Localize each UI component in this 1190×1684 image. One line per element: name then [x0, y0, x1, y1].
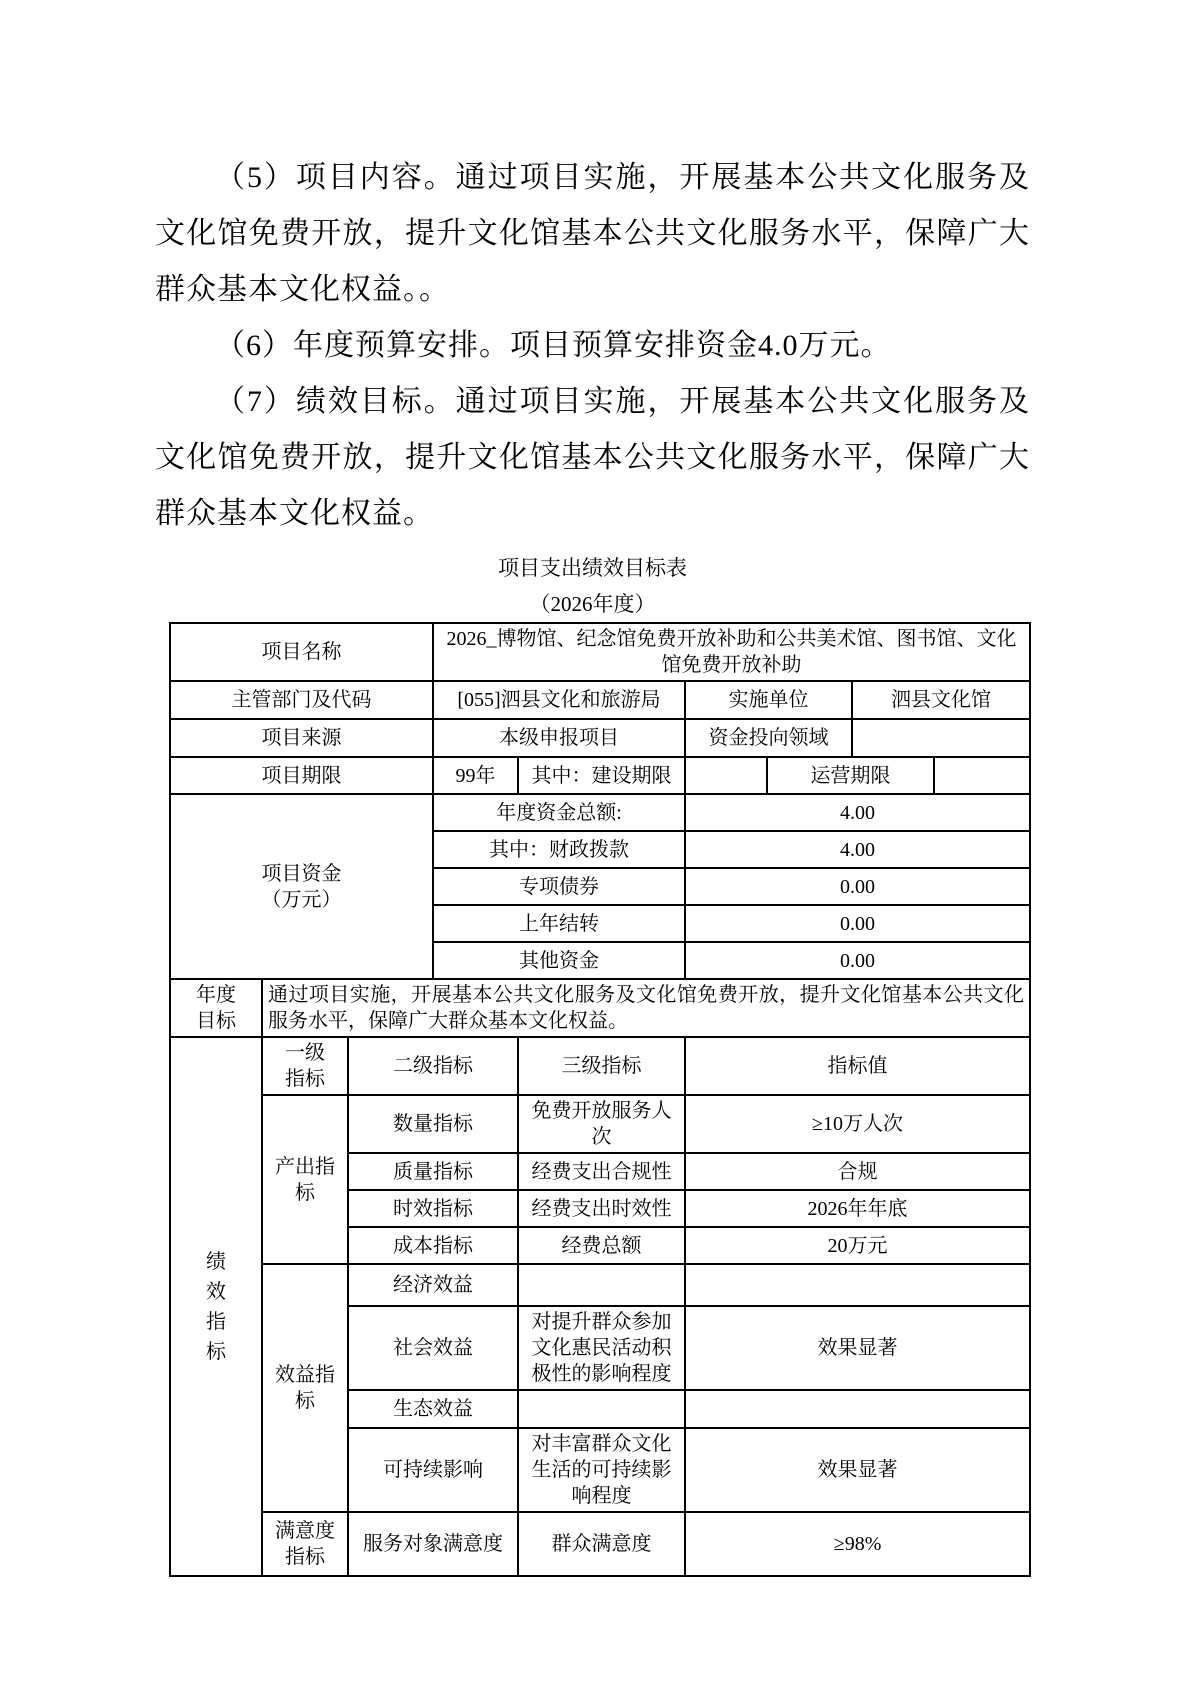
cell-l2: 服务对象满意度: [348, 1512, 518, 1576]
cell-oper-period-value: [934, 757, 1030, 794]
table-subtitle: （2026年度）: [155, 591, 1030, 617]
cell-annual-goal-label: 年度目标: [170, 979, 262, 1037]
cell-value: 2026年年底: [685, 1190, 1030, 1227]
paragraph-6-annual-budget: （6）年度预算安排。项目预算安排资金4.0万元。: [155, 318, 1030, 374]
perf-label-text: 绩效指标: [205, 1247, 227, 1367]
cell-value: 效果显著: [685, 1428, 1030, 1512]
cell-funds-name: 其他资金: [433, 942, 685, 979]
cell-source-label: 项目来源: [170, 719, 433, 757]
cell-fund-area-value: [852, 719, 1030, 757]
cell-value: [685, 1264, 1030, 1306]
cell-dept-label: 主管部门及代码: [170, 681, 433, 719]
cell-annual-goal-text: 通过项目实施，开展基本公共文化服务及文化馆免费开放，提升文化馆基本公共文化服务水…: [262, 979, 1030, 1037]
cell-l2: 时效指标: [348, 1190, 518, 1227]
row-period: 项目期限 99年 其中：建设期限 运营期限: [170, 757, 1030, 794]
row-department: 主管部门及代码 [055]泗县文化和旅游局 实施单位 泗县文化馆: [170, 681, 1030, 719]
cell-fund-area-label: 资金投向领域: [685, 719, 852, 757]
cell-l2: 可持续影响: [348, 1428, 518, 1512]
cell-l2: 数量指标: [348, 1095, 518, 1153]
row-annual-goal: 年度目标 通过项目实施，开展基本公共文化服务及文化馆免费开放，提升文化馆基本公共…: [170, 979, 1030, 1037]
cell-l3: 经费总额: [518, 1227, 685, 1264]
cell-perf-label: 绩效指标: [170, 1037, 262, 1576]
cell-impl-unit-label: 实施单位: [685, 681, 852, 719]
header-l1-text: 一级指标: [284, 1040, 327, 1092]
cell-value: 20万元: [685, 1227, 1030, 1264]
cell-funds-name: 专项债券: [433, 868, 685, 905]
cell-header-l3: 三级指标: [518, 1037, 685, 1095]
table-title: 项目支出绩效目标表: [155, 555, 1030, 581]
cell-l3: 经费支出合规性: [518, 1153, 685, 1190]
row-funds-total: 项目资金 （万元） 年度资金总额: 4.00: [170, 794, 1030, 831]
cell-funds-name: 年度资金总额:: [433, 794, 685, 831]
cell-l2: 成本指标: [348, 1227, 518, 1264]
performance-target-table: 项目名称 2026_博物馆、纪念馆免费开放补助和公共美术馆、图书馆、文化馆免费开…: [169, 622, 1031, 1577]
indicator-row: 满意度指标 服务对象满意度 群众满意度 ≥98%: [170, 1512, 1030, 1576]
cell-oper-period-label: 运营期限: [767, 757, 934, 794]
document-page: （5）项目内容。通过项目实施，开展基本公共文化服务及文化馆免费开放，提升文化馆基…: [0, 0, 1190, 1684]
cell-group-benefit: 效益指标: [262, 1264, 348, 1512]
cell-group-output: 产出指标: [262, 1095, 348, 1264]
cell-build-period-label: 其中：建设期限: [518, 757, 685, 794]
cell-funds-value: 0.00: [685, 868, 1030, 905]
cell-l3: 经费支出时效性: [518, 1190, 685, 1227]
cell-l2: 生态效益: [348, 1390, 518, 1428]
cell-value: 合规: [685, 1153, 1030, 1190]
cell-group-satisfaction: 满意度指标: [262, 1512, 348, 1576]
cell-funds-value: 0.00: [685, 942, 1030, 979]
cell-build-period-value: [685, 757, 767, 794]
cell-l3: 群众满意度: [518, 1512, 685, 1576]
cell-funds-value: 0.00: [685, 905, 1030, 942]
cell-period-value: 99年: [433, 757, 518, 794]
cell-funds-name: 其中：财政拨款: [433, 831, 685, 868]
cell-funds-value: 4.00: [685, 831, 1030, 868]
row-project-name: 项目名称 2026_博物馆、纪念馆免费开放补助和公共美术馆、图书馆、文化馆免费开…: [170, 623, 1030, 681]
cell-header-l1: 一级指标: [262, 1037, 348, 1095]
cell-l3: [518, 1390, 685, 1428]
cell-value: [685, 1390, 1030, 1428]
annual-goal-label-text: 年度目标: [195, 982, 238, 1034]
cell-value: 效果显著: [685, 1306, 1030, 1390]
cell-funds-name: 上年结转: [433, 905, 685, 942]
cell-source-value: 本级申报项目: [433, 719, 685, 757]
row-indicator-header: 绩效指标 一级指标 二级指标 三级指标 指标值: [170, 1037, 1030, 1095]
cell-l3: 免费开放服务人次: [518, 1095, 685, 1153]
indicator-row: 产出指标 数量指标 免费开放服务人次 ≥10万人次: [170, 1095, 1030, 1153]
paragraph-7-performance-goal: （7）绩效目标。通过项目实施，开展基本公共文化服务及文化馆免费开放，提升文化馆基…: [155, 374, 1030, 542]
cell-impl-unit-value: 泗县文化馆: [852, 681, 1030, 719]
indicator-row: 效益指标 经济效益: [170, 1264, 1030, 1306]
cell-project-name-label: 项目名称: [170, 623, 433, 681]
cell-header-l2: 二级指标: [348, 1037, 518, 1095]
cell-dept-value: [055]泗县文化和旅游局: [433, 681, 685, 719]
cell-funds-label: 项目资金 （万元）: [170, 794, 433, 979]
cell-l2: 社会效益: [348, 1306, 518, 1390]
cell-l3: 对提升群众参加文化惠民活动积极性的影响程度: [518, 1306, 685, 1390]
cell-funds-value: 4.00: [685, 794, 1030, 831]
cell-l2: 经济效益: [348, 1264, 518, 1306]
cell-period-label: 项目期限: [170, 757, 433, 794]
cell-l2: 质量指标: [348, 1153, 518, 1190]
row-source: 项目来源 本级申报项目 资金投向领域: [170, 719, 1030, 757]
cell-l3: [518, 1264, 685, 1306]
paragraph-5-project-content: （5）项目内容。通过项目实施，开展基本公共文化服务及文化馆免费开放，提升文化馆基…: [155, 150, 1030, 318]
cell-header-value: 指标值: [685, 1037, 1030, 1095]
cell-value: ≥10万人次: [685, 1095, 1030, 1153]
cell-l3: 对丰富群众文化生活的可持续影响程度: [518, 1428, 685, 1512]
cell-value: ≥98%: [685, 1512, 1030, 1576]
cell-project-name-value: 2026_博物馆、纪念馆免费开放补助和公共美术馆、图书馆、文化馆免费开放补助: [433, 623, 1030, 681]
